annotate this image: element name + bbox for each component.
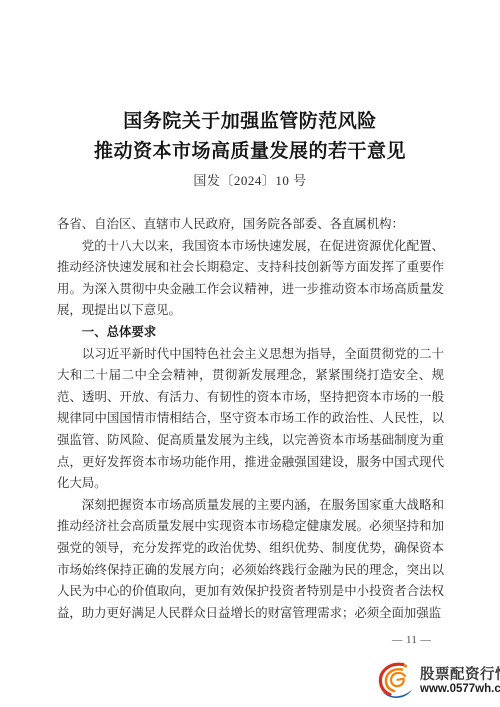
site-watermark: 股票配资行情 www.0577wh.com [376, 661, 500, 701]
watermark-text-block: 股票配资行情 www.0577wh.com [420, 667, 500, 696]
body-paragraph-1: 以习近平新时代中国特色社会主义思想为指导，全面贯彻党的二十大和二十届二中全会精神… [57, 344, 444, 495]
page-number: — 11 — [392, 635, 431, 646]
intro-paragraph: 党的十八大以来，我国资本市场快速发展，在促进资源优化配置、推动经济快速发展和社会… [57, 236, 444, 322]
body-paragraph-2: 深刻把握资本市场高质量发展的主要内涵，在服务国家重大战略和推动经济社会高质量发展… [57, 495, 444, 625]
watermark-site-url: www.0577wh.com [420, 683, 500, 696]
title-line-1: 国务院关于加强监管防范风险 [0, 107, 500, 137]
section-heading: 一、总体要求 [57, 322, 444, 344]
watermark-site-name: 股票配资行情 [420, 667, 500, 683]
document-title: 国务院关于加强监管防范风险 推动资本市场高质量发展的若干意见 [0, 107, 500, 167]
title-line-2: 推动资本市场高质量发展的若干意见 [0, 137, 500, 167]
document-body: 各省、自治区、直辖市人民政府，国务院各部委、各直属机构： 党的十八大以来，我国资… [57, 214, 444, 624]
document-number: 国发〔2024〕10 号 [0, 170, 500, 189]
phoenix-swirl-icon [376, 661, 418, 701]
document-page: 国务院关于加强监管防范风险 推动资本市场高质量发展的若干意见 国发〔2024〕1… [0, 0, 500, 707]
salutation-line: 各省、自治区、直辖市人民政府，国务院各部委、各直属机构： [57, 214, 444, 236]
